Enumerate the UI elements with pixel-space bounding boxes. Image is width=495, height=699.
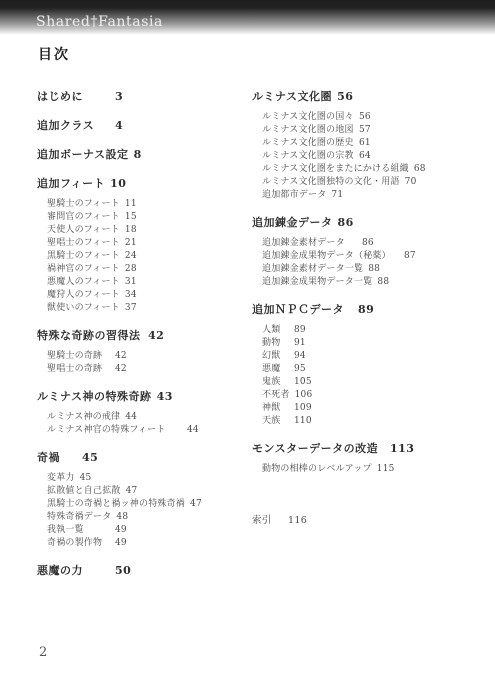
toc-subentry-page: 42 <box>115 364 127 374</box>
toc-subentry-label: 追加錬金素材データ一覧 <box>262 263 363 276</box>
toc-entry-label: 悪魔の力 <box>37 562 110 579</box>
toc-entry: 特殊な奇跡の習得法42 <box>37 327 249 344</box>
toc-subentry: ルミナス文化圏の歴史61 <box>262 137 490 150</box>
toc-entry-page: 116 <box>288 515 307 526</box>
toc-subentry-page: 64 <box>359 151 371 161</box>
toc-subentry-label: 獣使いのフィート <box>47 302 120 315</box>
toc-subentry-page: 61 <box>359 138 371 148</box>
toc-subentry: 動物の相棒のレベルアップ115 <box>262 463 490 476</box>
toc-entry-label: 追加ボーナス設定 <box>37 146 129 163</box>
toc-entry-label: 奇禍 <box>37 449 77 466</box>
toc-subentry: ルミナス文化圏の地図57 <box>262 124 490 137</box>
toc-subentry-page: 18 <box>125 225 137 235</box>
toc-subentry: 聖唱士のフィート21 <box>47 237 249 250</box>
toc-subentry: 黒騎士のフィート24 <box>47 250 249 263</box>
toc-subentry-list: 聖騎士のフィート11審問官のフィート15天使人のフィート18聖唱士のフィート21… <box>47 198 249 315</box>
toc-entry-page: 10 <box>110 177 126 190</box>
toc-subentry-page: 31 <box>125 277 137 287</box>
toc-subentry-page: 49 <box>115 538 127 548</box>
toc-entry: 追加錬金データ86 <box>252 214 490 231</box>
toc-entry-label: 追加ＮＰＣデータ <box>252 301 353 318</box>
toc-subentry-page: 68 <box>414 164 426 174</box>
toc-subentry-label: 特殊奇禍データ <box>47 511 111 524</box>
toc-section: 追加錬金データ86追加錬金素材データ86追加錬金成果物データ（秘薬）87追加錬金… <box>252 214 490 289</box>
toc-subentry-label: 追加錬金成果物データ（秘薬） <box>262 250 399 263</box>
toc-subentry-page: 34 <box>125 290 137 300</box>
toc-subentry: 悪魔人のフィート31 <box>47 276 249 289</box>
toc-subentry-page: 37 <box>125 303 137 313</box>
toc-entry: モンスターデータの改造113 <box>252 440 490 457</box>
toc-subentry-label: 聖騎士のフィート <box>47 198 120 211</box>
toc-subentry-label: 審問官のフィート <box>47 211 120 224</box>
toc-subentry-list: ルミナス神の戒律44ルミナス神官の特殊フィート44 <box>47 411 249 437</box>
toc-section: ルミナス神の特殊奇跡43ルミナス神の戒律44ルミナス神官の特殊フィート44 <box>37 388 249 437</box>
toc-entry-label: ルミナス文化圏 <box>252 88 332 105</box>
toc-subentry: 追加錬金素材データ一覧88 <box>262 263 490 276</box>
toc-subentry-page: 49 <box>115 525 127 535</box>
toc-subentry-list: 追加錬金素材データ86追加錬金成果物データ（秘薬）87追加錬金素材データ一覧88… <box>262 237 490 289</box>
toc-subentry: 天使人のフィート18 <box>47 224 249 237</box>
toc-subentry: 黒騎士の奇禍と禍ッ神の特殊奇禍47 <box>47 498 249 511</box>
toc-subentry: 不死者106 <box>262 389 490 402</box>
toc-subentry-label: 魔狩人のフィート <box>47 289 120 302</box>
toc-subentry-list: 聖騎士の奇跡42聖唱士の奇跡42 <box>47 350 249 376</box>
toc-subentry-page: 106 <box>295 390 313 400</box>
toc-subentry-label: 黒騎士の奇禍と禍ッ神の特殊奇禍 <box>47 498 185 511</box>
toc-section: 追加ＮＰＣデータ89人類89動物91幻獣94悪魔95鬼族105不死者106神獣1… <box>252 301 490 428</box>
toc-subentry-label: ルミナス文化圏の国々 <box>262 111 354 124</box>
toc-entry-label: モンスターデータの改造 <box>252 440 385 457</box>
toc-subentry-label: 動物の相棒のレベルアップ <box>262 463 372 476</box>
toc-subentry-label: ルミナス文化圏の宗教 <box>262 150 354 163</box>
toc-subentry-label: 追加都市データ <box>262 189 326 202</box>
toc-subentry-label: 聖騎士の奇跡 <box>47 350 110 363</box>
toc-section: ルミナス文化圏56ルミナス文化圏の国々56ルミナス文化圏の地図57ルミナス文化圏… <box>252 88 490 202</box>
toc-subentry-page: 110 <box>294 416 312 426</box>
toc-subentry: 魔狩人のフィート34 <box>47 289 249 302</box>
toc-subentry: 聖騎士のフィート11 <box>47 198 249 211</box>
toc-subentry-label: 黒騎士のフィート <box>47 250 120 263</box>
toc-column-right: ルミナス文化圏56ルミナス文化圏の国々56ルミナス文化圏の地図57ルミナス文化圏… <box>252 88 490 529</box>
toc-section: 索引116 <box>252 512 490 529</box>
toc-subentry-label: ルミナス文化圏の歴史 <box>262 137 354 150</box>
toc-subentry-page: 47 <box>126 486 138 496</box>
toc-entry: ルミナス神の特殊奇跡43 <box>37 388 249 405</box>
toc-entry: 索引116 <box>252 512 490 529</box>
toc-subentry-list: ルミナス文化圏の国々56ルミナス文化圏の地図57ルミナス文化圏の歴史61ルミナス… <box>262 111 490 202</box>
toc-subentry-label: 不死者 <box>262 389 290 402</box>
toc-entry-label: はじめに <box>37 88 110 105</box>
toc-subentry-page: 57 <box>359 125 371 135</box>
toc-section: 奇禍45変革力45拡散値と自己拡散47黒騎士の奇禍と禍ッ神の特殊奇禍47特殊奇禍… <box>37 449 249 550</box>
toc-subentry: ルミナス文化圏独特の文化・用語70 <box>262 176 490 189</box>
toc-subentry: ルミナス神の戒律44 <box>47 411 249 424</box>
toc-subentry-label: 禍神官のフィート <box>47 263 120 276</box>
toc-subentry: 聖唱士の奇跡42 <box>47 363 249 376</box>
toc-entry: 追加クラス4 <box>37 117 249 134</box>
toc-subentry-page: 24 <box>125 251 137 261</box>
toc-entry: 追加ＮＰＣデータ89 <box>252 301 490 318</box>
toc-subentry-page: 56 <box>359 112 371 122</box>
toc-subentry-label: ルミナス文化圏独特の文化・用語 <box>262 176 400 189</box>
toc-subentry-label: 追加錬金素材データ <box>262 237 357 250</box>
toc-subentry: 鬼族105 <box>262 376 490 389</box>
toc-subentry-label: ルミナス神の戒律 <box>47 411 120 424</box>
toc-subentry-page: 94 <box>294 351 306 361</box>
toc-subentry-label: 天使人のフィート <box>47 224 120 237</box>
toc-subentry-label: 神獣 <box>262 402 289 415</box>
toc-subentry-page: 47 <box>190 499 202 509</box>
toc-subentry-page: 42 <box>115 351 127 361</box>
toc-subentry-label: 我執一覧 <box>47 524 110 537</box>
toc-subentry: ルミナス文化圏の宗教64 <box>262 150 490 163</box>
toc-subentry: 変革力45 <box>47 472 249 485</box>
toc-subentry-label: ルミナス神官の特殊フィート <box>47 424 182 437</box>
toc-subentry: 天族110 <box>262 415 490 428</box>
toc-entry: 奇禍45 <box>37 449 249 466</box>
toc-entry-page: 89 <box>358 303 374 316</box>
toc-subentry-label: 聖唱士の奇跡 <box>47 363 110 376</box>
toc-entry-label: 追加錬金データ <box>252 214 333 231</box>
toc-subentry-page: 88 <box>368 264 380 274</box>
toc-section: 追加ボーナス設定8 <box>37 146 249 163</box>
toc-subentry-page: 48 <box>116 512 128 522</box>
toc-subentry-page: 11 <box>125 199 137 209</box>
toc-entry: 悪魔の力50 <box>37 562 249 579</box>
toc-section: 追加フィート10聖騎士のフィート11審問官のフィート15天使人のフィート18聖唱… <box>37 175 249 315</box>
toc-subentry-page: 71 <box>331 190 343 200</box>
toc-subentry-page: 115 <box>377 464 395 474</box>
toc-entry: ルミナス文化圏56 <box>252 88 490 105</box>
toc-subentry: 追加錬金素材データ86 <box>262 237 490 250</box>
toc-subentry-label: 天族 <box>262 415 289 428</box>
toc-entry: 追加ボーナス設定8 <box>37 146 249 163</box>
toc-subentry: 動物91 <box>262 337 490 350</box>
toc-column-left: はじめに3追加クラス4追加ボーナス設定8追加フィート10聖騎士のフィート11審問… <box>37 88 249 579</box>
book-series-title: Shared†Fantasia <box>36 14 163 30</box>
toc-subentry-list: 動物の相棒のレベルアップ115 <box>262 463 490 476</box>
toc-subentry: 禍神官のフィート28 <box>47 263 249 276</box>
toc-subentry-label: 人類 <box>262 324 289 337</box>
toc-subentry-label: 変革力 <box>47 472 75 485</box>
toc-subentry: 特殊奇禍データ48 <box>47 511 249 524</box>
toc-section: 追加クラス4 <box>37 117 249 134</box>
toc-subentry-page: 15 <box>125 212 137 222</box>
toc-entry-label: 追加クラス <box>37 117 110 134</box>
toc-entry-label: 索引 <box>252 512 283 529</box>
toc-entry-page: 42 <box>148 329 164 342</box>
toc-entry-page: 56 <box>337 90 353 103</box>
toc-subentry-page: 91 <box>294 338 306 348</box>
toc-subentry-page: 95 <box>294 364 306 374</box>
toc-entry: 追加フィート10 <box>37 175 249 192</box>
toc-subentry-label: ルミナス文化圏の地図 <box>262 124 354 137</box>
toc-subentry-label: 幻獣 <box>262 350 289 363</box>
toc-subentry-list: 人類89動物91幻獣94悪魔95鬼族105不死者106神獣109天族110 <box>262 324 490 428</box>
toc-subentry: 幻獣94 <box>262 350 490 363</box>
scanned-toc-page: Shared†Fantasia 目次 はじめに3追加クラス4追加ボーナス設定8追… <box>0 0 495 699</box>
toc-subentry-page: 21 <box>125 238 137 248</box>
toc-entry: はじめに3 <box>37 88 249 105</box>
toc-subentry: 審問官のフィート15 <box>47 211 249 224</box>
toc-subentry-page: 105 <box>294 377 312 387</box>
toc-entry-label: 特殊な奇跡の習得法 <box>37 327 143 344</box>
toc-subentry-label: 拡散値と自己拡散 <box>47 485 121 498</box>
toc-entry-page: 113 <box>390 442 414 455</box>
toc-section: 悪魔の力50 <box>37 562 249 579</box>
toc-subentry-page: 86 <box>362 238 374 248</box>
toc-section: モンスターデータの改造113動物の相棒のレベルアップ115 <box>252 440 490 476</box>
toc-subentry: 拡散値と自己拡散47 <box>47 485 249 498</box>
toc-entry-page: 45 <box>82 451 98 464</box>
toc-entry-page: 4 <box>115 119 123 132</box>
toc-subentry: 神獣109 <box>262 402 490 415</box>
toc-entry-page: 50 <box>115 564 131 577</box>
toc-subentry: 人類89 <box>262 324 490 337</box>
toc-subentry: 追加都市データ71 <box>262 189 490 202</box>
toc-subentry-page: 87 <box>404 251 416 261</box>
toc-entry-label: 追加フィート <box>37 175 105 192</box>
toc-subentry-page: 70 <box>405 177 417 187</box>
toc-subentry-page: 45 <box>80 473 92 483</box>
toc-subentry-page: 28 <box>125 264 137 274</box>
toc-entry-page: 86 <box>338 216 354 229</box>
toc-entry-label: ルミナス神の特殊奇跡 <box>37 388 152 405</box>
toc-subentry: 我執一覧49 <box>47 524 249 537</box>
toc-subentry-page: 88 <box>377 277 389 287</box>
toc-subentry: ルミナス神官の特殊フィート44 <box>47 424 249 437</box>
page-number: 2 <box>39 645 47 660</box>
toc-subentry-page: 44 <box>125 412 137 422</box>
toc-section: はじめに3 <box>37 88 249 105</box>
toc-subentry-page: 109 <box>294 403 312 413</box>
toc-subentry: ルミナス文化圏の国々56 <box>262 111 490 124</box>
toc-subentry: 悪魔95 <box>262 363 490 376</box>
page-title: 目次 <box>38 44 70 64</box>
toc-subentry-list: 変革力45拡散値と自己拡散47黒騎士の奇禍と禍ッ神の特殊奇禍47特殊奇禍データ4… <box>47 472 249 550</box>
toc-entry-page: 3 <box>115 90 123 103</box>
toc-subentry-page: 44 <box>187 425 199 435</box>
toc-subentry-label: 悪魔 <box>262 363 289 376</box>
toc-subentry-label: ルミナス文化圏をまたにかける組織 <box>262 163 409 176</box>
toc-subentry: 奇禍の製作物49 <box>47 537 249 550</box>
toc-subentry-page: 89 <box>294 325 306 335</box>
toc-subentry: ルミナス文化圏をまたにかける組織68 <box>262 163 490 176</box>
toc-subentry: 追加錬金成果物データ一覧88 <box>262 276 490 289</box>
toc-section: 特殊な奇跡の習得法42聖騎士の奇跡42聖唱士の奇跡42 <box>37 327 249 376</box>
toc-entry-page: 43 <box>157 390 173 403</box>
toc-subentry-label: 鬼族 <box>262 376 289 389</box>
toc-subentry-label: 悪魔人のフィート <box>47 276 120 289</box>
toc-subentry: 追加錬金成果物データ（秘薬）87 <box>262 250 490 263</box>
toc-subentry-label: 動物 <box>262 337 289 350</box>
toc-subentry: 聖騎士の奇跡42 <box>47 350 249 363</box>
toc-subentry-label: 聖唱士のフィート <box>47 237 120 250</box>
toc-entry-page: 8 <box>134 148 142 161</box>
toc-subentry-label: 追加錬金成果物データ一覧 <box>262 276 372 289</box>
toc-subentry-label: 奇禍の製作物 <box>47 537 110 550</box>
toc-subentry: 獣使いのフィート37 <box>47 302 249 315</box>
